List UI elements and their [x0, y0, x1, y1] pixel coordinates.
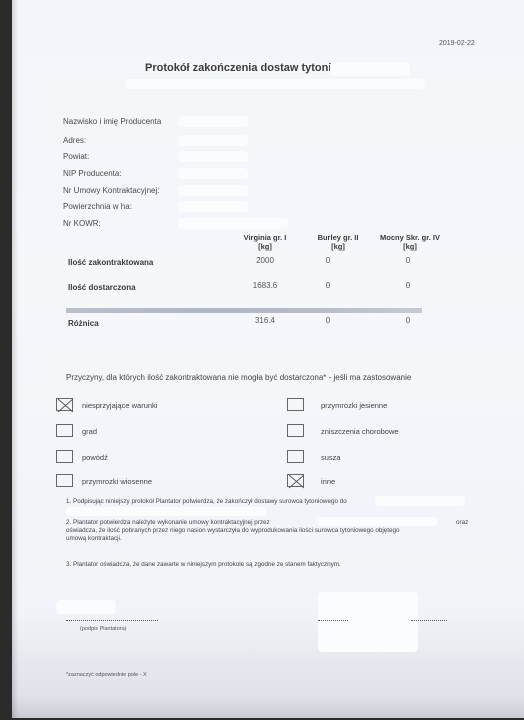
redacted-stamp-right [318, 592, 418, 652]
field-label: Nazwisko i imię Producenta [63, 117, 161, 126]
redacted-signature-left [56, 600, 116, 614]
field-label: Powiat: [63, 152, 89, 161]
reason-checkbox[interactable] [56, 450, 73, 463]
cell-difference-mocny: 0 [378, 316, 438, 325]
redacted-statement-1-b [66, 507, 266, 516]
row-label-difference: Różnica [68, 319, 99, 328]
field-label: Powierzchnia w ha: [63, 202, 132, 211]
row-label-delivered: Ilość dostarczona [68, 283, 136, 292]
field-value-redacted [178, 151, 248, 162]
redacted-statement-2 [318, 517, 438, 526]
reason-checkbox[interactable] [287, 424, 304, 437]
redacted-statement-1-a [375, 496, 465, 506]
field-value-redacted [178, 116, 248, 127]
cell-difference-burley: 0 [298, 316, 358, 325]
statement-2-oraz: oraz [456, 519, 486, 527]
reason-checkbox[interactable] [56, 424, 73, 437]
reason-label: zniszczenia chorobowe [321, 427, 399, 436]
cell-contracted-burley: 0 [298, 256, 358, 265]
footnote: *zaznaczyć odpowiednie pole - X [66, 672, 147, 678]
cell-delivered-virginia: 1683.6 [235, 281, 295, 290]
planter-signature-caption: (podpis Plantatora) [80, 626, 126, 632]
col-header-mocny: Mocny Skr. gr. IV[kg] [365, 233, 455, 251]
x-mark-icon [56, 398, 75, 413]
field-label: Nr Umowy Kontraktacyjnej: [63, 186, 159, 195]
reason-label: powódź [82, 453, 108, 462]
reason-checkbox[interactable] [287, 450, 304, 463]
reason-label: inne [321, 477, 335, 486]
planter-signature-line [66, 620, 158, 621]
reason-label: przymrozki wiosenne [82, 477, 152, 486]
reason-label: przymrozki jesienne [321, 401, 387, 410]
col-header-virginia: Virginia gr. I[kg] [225, 233, 305, 251]
redacted-subtitle [125, 79, 425, 89]
reason-checkbox[interactable] [287, 474, 304, 487]
field-label: Adres: [63, 136, 86, 145]
reasons-question: Przyczyny, dla których ilość zakontrakto… [66, 373, 411, 382]
reason-checkbox[interactable] [56, 474, 73, 487]
document-title: Protokół zakończenia dostaw tytoniu: [145, 62, 342, 74]
redacted-title-suffix [330, 62, 410, 76]
field-label: NIP Producenta: [63, 169, 122, 178]
reason-label: niesprzyjające warunki [82, 401, 157, 410]
cell-contracted-virginia: 2000 [235, 256, 295, 265]
cell-delivered-mocny: 0 [378, 281, 438, 290]
cell-contracted-mocny: 0 [378, 256, 438, 265]
x-mark-icon [287, 474, 306, 489]
statement-2c: umową kontraktacji. [66, 535, 496, 543]
statement-2b: oświadcza, że ilość pobranych przez nieg… [66, 527, 496, 535]
reason-checkbox[interactable] [56, 398, 73, 411]
buyer-signature-line-left [318, 620, 348, 621]
row-label-contracted: Ilość zakontraktowana [68, 258, 153, 267]
field-value-redacted [178, 168, 248, 179]
field-value-redacted [178, 218, 288, 229]
field-value-redacted [178, 135, 248, 146]
table-separator-band [66, 308, 422, 313]
cell-difference-virginia: 316.4 [235, 316, 295, 325]
document-date: 2019-02-22 [439, 40, 475, 47]
reason-label: susza [321, 453, 341, 462]
field-value-redacted [178, 185, 248, 196]
field-label: Nr KOWR: [63, 219, 101, 228]
statement-3: 3. Plantator oświadcza, że dane zawarte … [66, 561, 496, 569]
reason-checkbox[interactable] [287, 398, 304, 411]
cell-delivered-burley: 0 [298, 281, 358, 290]
field-value-redacted [178, 201, 248, 212]
reason-label: grad [82, 427, 97, 436]
buyer-signature-line-right [411, 620, 447, 621]
